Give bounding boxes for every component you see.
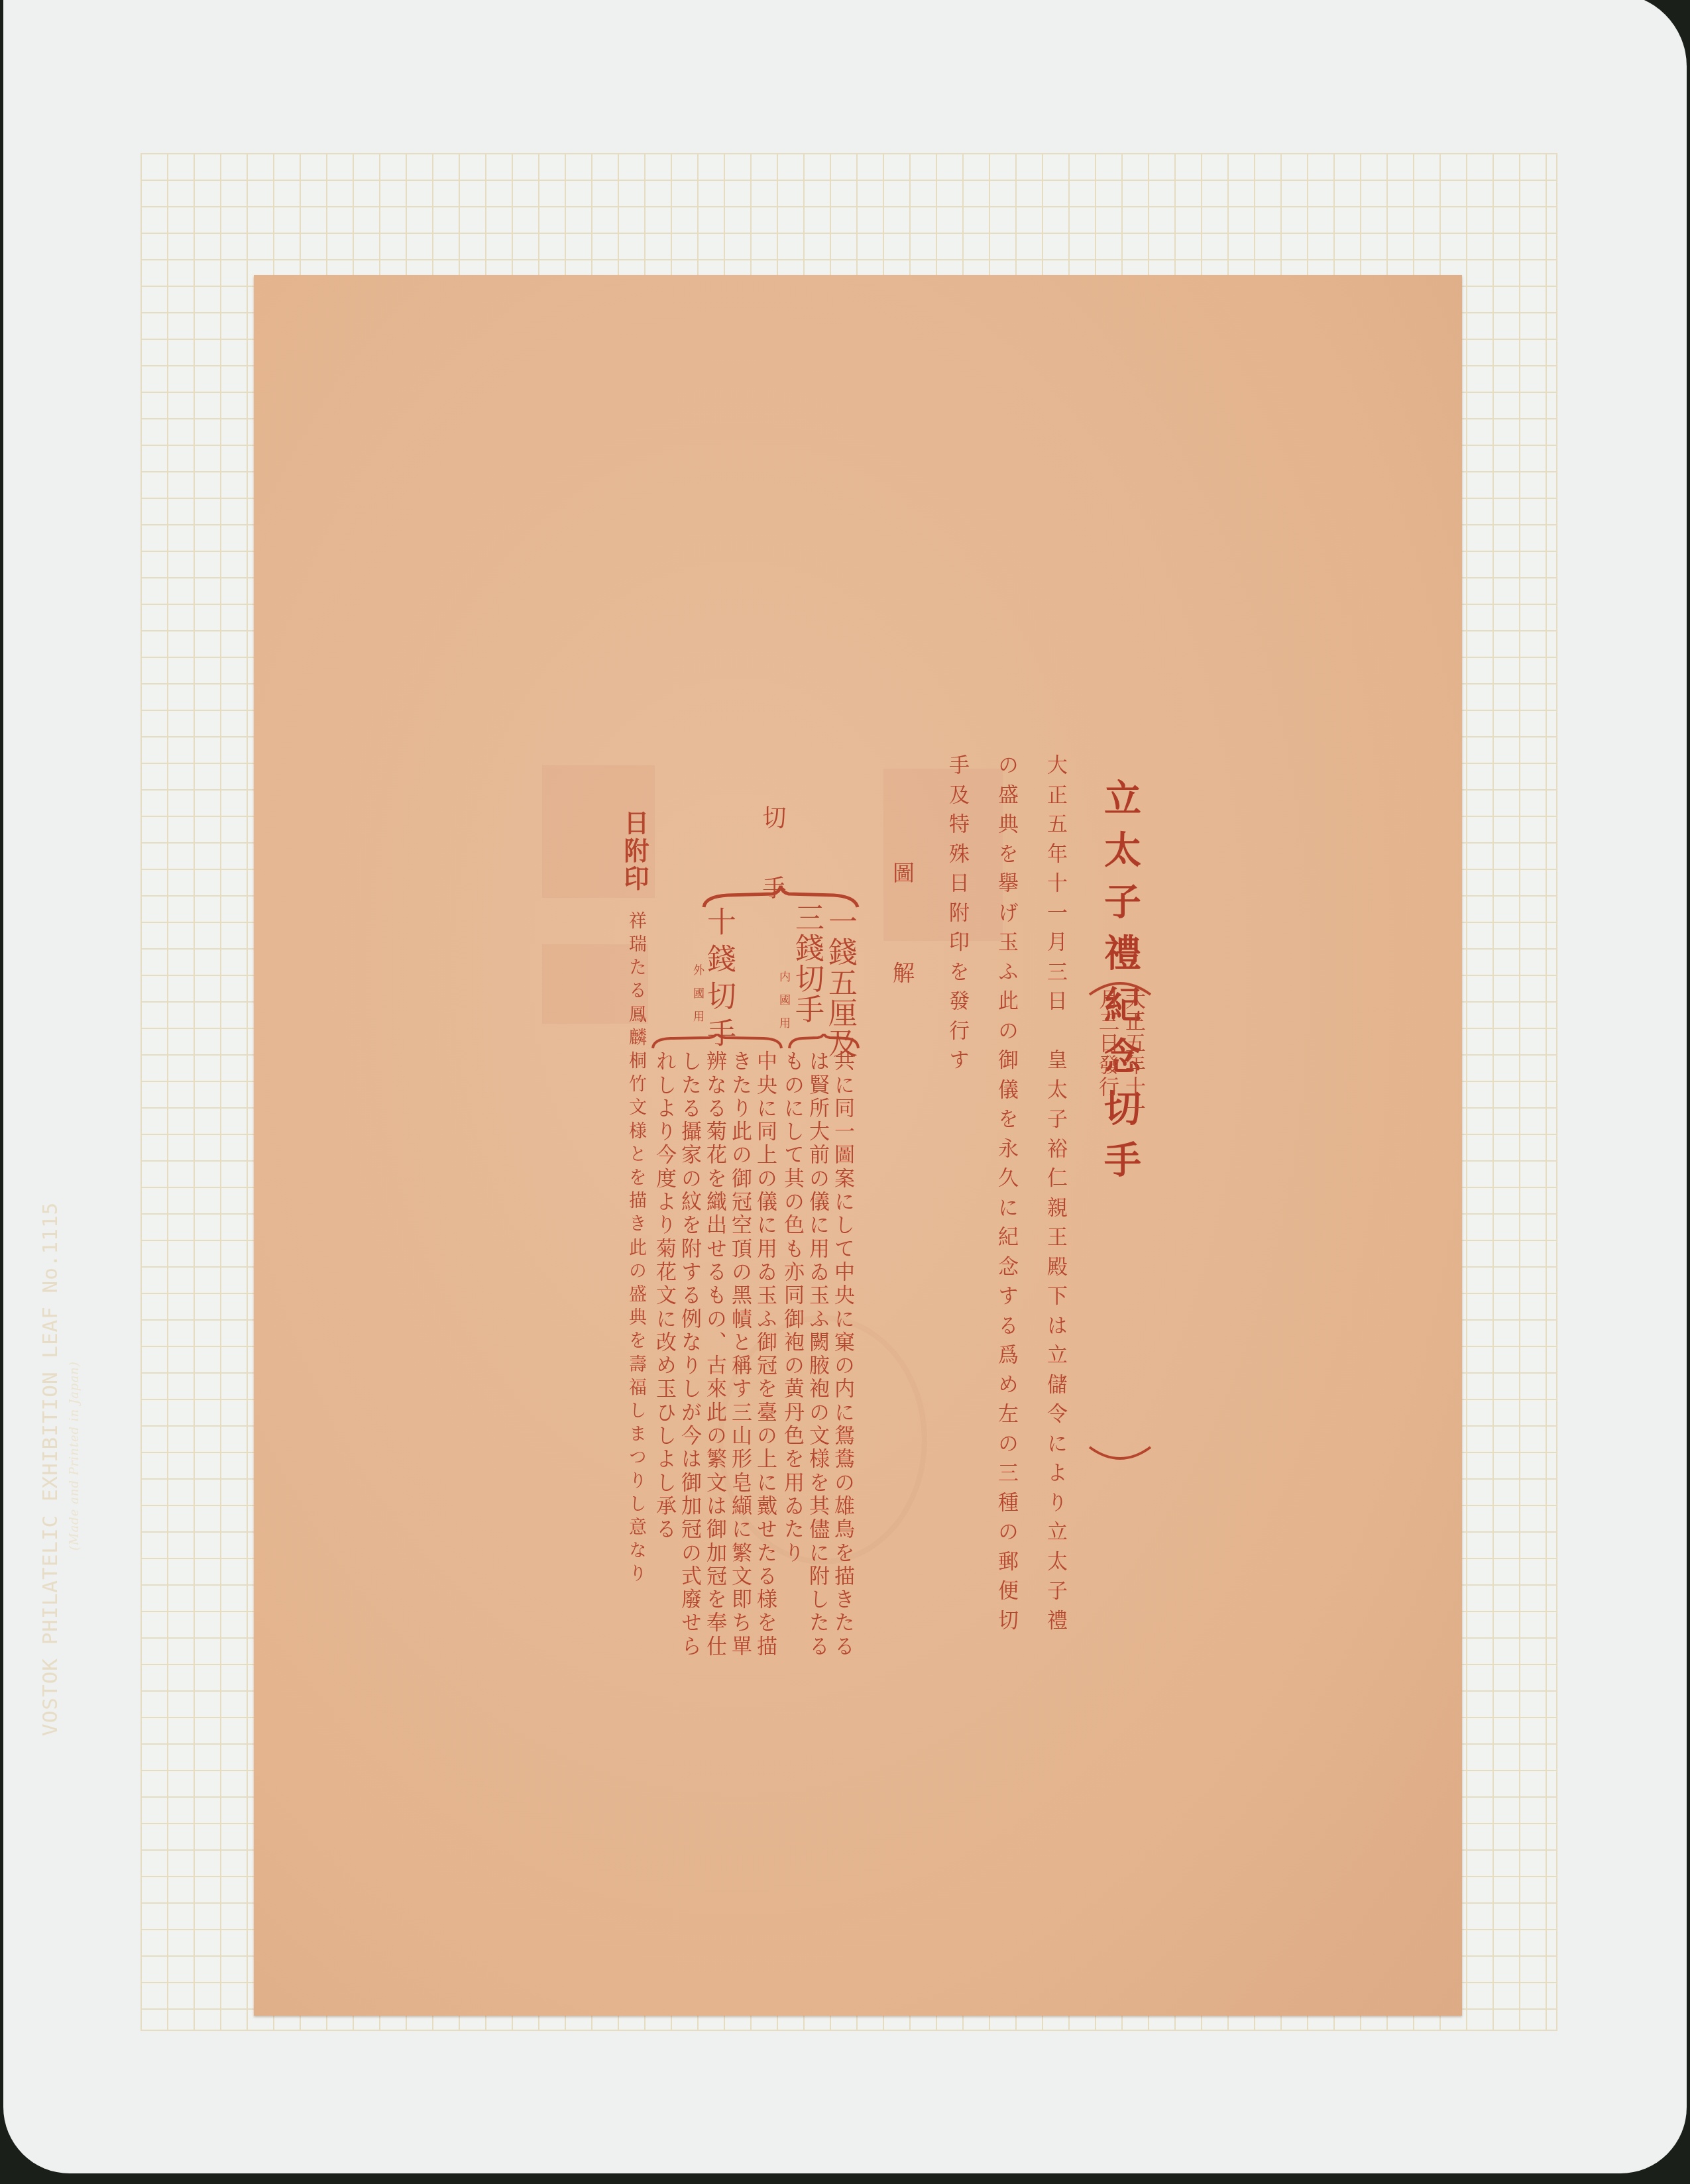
desc-1-line-2: は賢所大前の儀に用ゐ玉ふ闕腋袍の文様を其儘に附したる (805, 1050, 830, 1659)
usage-foreign: 外國用 (689, 964, 706, 1034)
intro-line-1: 大正五年十一月三日 皇太子裕仁親王殿下は立儲令により立太子禮 (1041, 754, 1070, 1639)
stamp-label-10sen: 十錢切手 (704, 906, 733, 1055)
issue-date-line2: 月三日發行 (1094, 989, 1120, 1254)
made-in-label: (Made and Printed in Japan) (68, 1361, 82, 1551)
desc-2-line-4: したる攝家の紋を附する例なりしが今は御加冠の式廢せら (677, 1050, 702, 1659)
desc-2-line-1: 中央に同上の儀に用ゐ玉ふ御冠を臺の上に戴せたる様を描 (752, 1050, 777, 1659)
paren-bottom (1087, 1445, 1153, 1464)
desc-1-line-1: 共に同一圖案にして中央に窠の内に鴛鴦の雄鳥を描きたる (830, 1050, 855, 1659)
usage-domestic: 内國用 (775, 971, 792, 1040)
desc-2-line-2: きたり此の御冠空頂の黑幘と稱す三山形皂纈に繁文即ち單 (727, 1050, 752, 1659)
brace-group-2 (651, 1034, 783, 1051)
issue-date-line1: 大正五年十一 (1120, 989, 1147, 1254)
stamps-heading: 切手 (756, 805, 789, 946)
intro-line-2: の盛典を擧げ玉ふ此の御儀を永久に紀念する爲め左の三種の郵便切 (991, 754, 1021, 1639)
section-heading: 圖解 (887, 861, 918, 1062)
postmark-heading: 日附印 (616, 810, 653, 893)
leaf-label: VOSTOK PHILATELIC EXHIBITION LEAF No.111… (38, 1202, 62, 1736)
desc-1-line-3: ものにして其の色も亦同御袍の黄丹色を用ゐたり (779, 1050, 805, 1565)
brace-group-1 (787, 1034, 860, 1051)
stamp-label-3sen: 三錢切手 (792, 902, 821, 1024)
paren-top (1087, 977, 1153, 997)
desc-2-line-5: れしより今度より菊花文に改め玉ひしよし承る (651, 1050, 677, 1541)
intro-line-3: 手及特殊日附印を發行す (942, 754, 972, 1079)
description-card (254, 275, 1462, 2016)
desc-2-line-3: 辨なる菊花を織出せるもの、古來此の繁文は御加冠を奉仕 (702, 1050, 727, 1659)
postmark-description: 祥瑞たる鳳麟桐竹文様とを描き此の盛典を壽福しまつりし意なり (623, 911, 649, 1588)
